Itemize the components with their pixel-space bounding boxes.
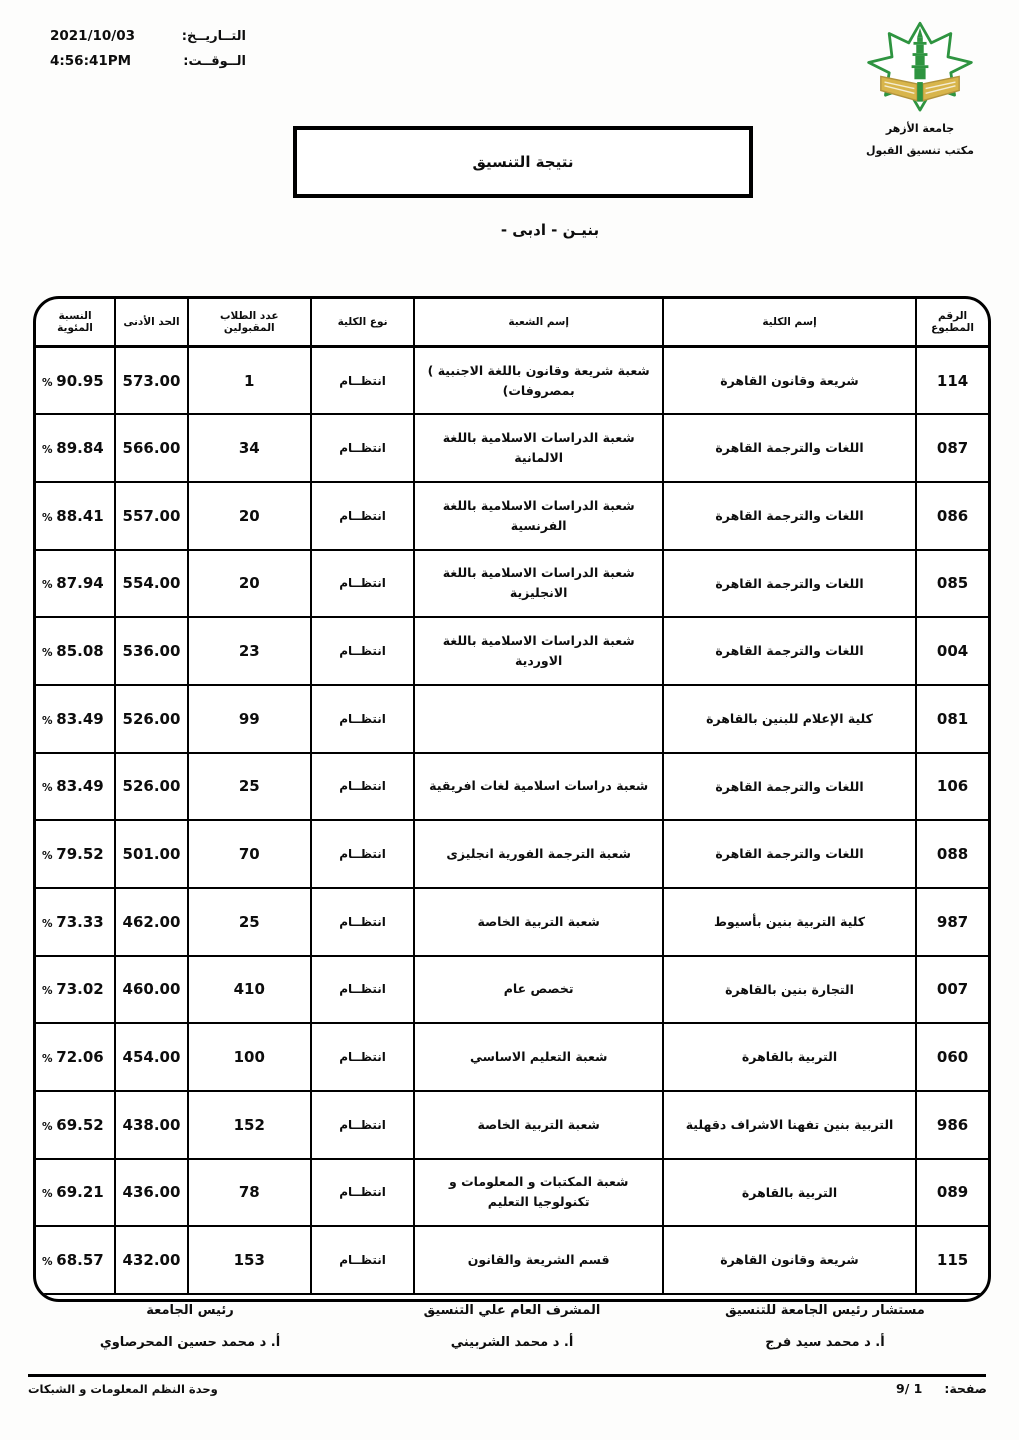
- cell-type: انتظــام: [311, 1226, 415, 1294]
- datetime-block: التــاريــخ: 2021/10/03 الــوقــت: 4:56:…: [50, 28, 246, 69]
- cell-pct: %87.94: [36, 550, 115, 618]
- cell-type: انتظــام: [311, 617, 415, 685]
- cell-pct: %72.06: [36, 1023, 115, 1091]
- cell-students: 410: [188, 956, 311, 1024]
- cell-min: 438.00: [115, 1091, 188, 1159]
- table-row: 060 التربية بالقاهرة شعبة التعليم الاساس…: [36, 1023, 988, 1091]
- cell-type: انتظــام: [311, 482, 415, 550]
- cell-type: انتظــام: [311, 685, 415, 753]
- cell-code: 987: [916, 888, 988, 956]
- cell-code: 088: [916, 820, 988, 888]
- university-name: جامعة الأزهر: [858, 122, 982, 135]
- cell-section: شعبة الدراسات الاسلامية باللغة الفرنسية: [414, 482, 662, 550]
- cell-college: كلية الإعلام للبنين بالقاهرة: [663, 685, 916, 753]
- table-row: 986 التربية بنين تفهنا الاشراف دقهلية شع…: [36, 1091, 988, 1159]
- percent-sign: %: [42, 1256, 53, 1268]
- cell-pct: %79.52: [36, 820, 115, 888]
- cell-min: 566.00: [115, 414, 188, 482]
- percent-sign: %: [42, 918, 53, 930]
- cell-students: 99: [188, 685, 311, 753]
- cell-college: اللغات والترجمة القاهرة: [663, 820, 916, 888]
- page-title-box: نتيجة التنسيق: [293, 126, 753, 198]
- percent-sign: %: [42, 1121, 53, 1133]
- cell-college: التربية بالقاهرة: [663, 1159, 916, 1227]
- cell-college: اللغات والترجمة القاهرة: [663, 617, 916, 685]
- cell-students: 1: [188, 347, 311, 415]
- page-title: نتيجة التنسيق: [473, 153, 574, 171]
- cell-pct: %83.49: [36, 753, 115, 821]
- cell-section: شعبة الترجمة الفورية انجليزى: [414, 820, 662, 888]
- cell-type: انتظــام: [311, 1159, 415, 1227]
- cell-min: 536.00: [115, 617, 188, 685]
- cell-code: 089: [916, 1159, 988, 1227]
- percent-sign: %: [42, 647, 53, 659]
- table-row: 114 شريعة وقانون القاهرة شعبة شريعة وقان…: [36, 347, 988, 415]
- percent-sign: %: [42, 1053, 53, 1065]
- cell-code: 004: [916, 617, 988, 685]
- cell-college: اللغات والترجمة القاهرة: [663, 550, 916, 618]
- page-label: صفحة:: [944, 1381, 987, 1396]
- cell-min: 454.00: [115, 1023, 188, 1091]
- cell-min: 573.00: [115, 347, 188, 415]
- cell-section: شعبة التربية الخاصة: [414, 888, 662, 956]
- footer-unit-label: وحدة النظم المعلومات و الشبكات: [28, 1382, 218, 1396]
- cell-college: اللغات والترجمة القاهرة: [663, 753, 916, 821]
- cell-students: 152: [188, 1091, 311, 1159]
- percent-sign: %: [42, 783, 53, 795]
- cell-college: اللغات والترجمة القاهرة: [663, 414, 916, 482]
- time-row: الــوقــت: 4:56:41PM: [50, 53, 246, 69]
- cell-code: 085: [916, 550, 988, 618]
- cell-min: 554.00: [115, 550, 188, 618]
- cell-pct: %89.84: [36, 414, 115, 482]
- percent-sign: %: [42, 715, 53, 727]
- date-row: التــاريــخ: 2021/10/03: [50, 28, 246, 44]
- cell-students: 25: [188, 888, 311, 956]
- table-row: 115 شريعة وقانون القاهرة قسم الشريعة وال…: [36, 1226, 988, 1294]
- cell-college: شريعة وقانون القاهرة: [663, 1226, 916, 1294]
- percent-sign: %: [42, 580, 53, 592]
- cell-min: 460.00: [115, 956, 188, 1024]
- cell-min: 501.00: [115, 820, 188, 888]
- results-table-wrap: الرقم المطبوع إسم الكلية إسم الشعبة نوع …: [33, 296, 991, 1302]
- cell-section: قسم الشريعة والقانون: [414, 1226, 662, 1294]
- cell-students: 78: [188, 1159, 311, 1227]
- cell-students: 34: [188, 414, 311, 482]
- cell-college: التربية بالقاهرة: [663, 1023, 916, 1091]
- cell-section: [414, 685, 662, 753]
- table-row: 086 اللغات والترجمة القاهرة شعبة الدراسا…: [36, 482, 988, 550]
- page-number: صفحة: 9/ 1: [896, 1381, 987, 1396]
- table-row: 004 اللغات والترجمة القاهرة شعبة الدراسا…: [36, 617, 988, 685]
- cell-section: شعبة شريعة وقانون باللغة الاجنبية ) بمصر…: [414, 347, 662, 415]
- percent-sign: %: [42, 512, 53, 524]
- cell-code: 081: [916, 685, 988, 753]
- percent-sign: %: [42, 377, 53, 389]
- column-header-section: إسم الشعبة: [414, 299, 662, 347]
- percent-sign: %: [42, 986, 53, 998]
- percent-sign: %: [42, 444, 53, 456]
- cell-college: شريعة وقانون القاهرة: [663, 347, 916, 415]
- cell-students: 20: [188, 482, 311, 550]
- cell-section: شعبة المكتبات و المعلومات و تكنولوجيا ال…: [414, 1159, 662, 1227]
- signature-name: أ. د محمد سيد فرج: [712, 1335, 938, 1350]
- signature-advisor: مستشار رئيس الجامعة للتنسيق أ. د محمد سي…: [712, 1303, 938, 1350]
- cell-section: شعبة التعليم الاساسي: [414, 1023, 662, 1091]
- cell-code: 060: [916, 1023, 988, 1091]
- column-header-code: الرقم المطبوع: [916, 299, 988, 347]
- cell-type: انتظــام: [311, 753, 415, 821]
- signature-president: رئيس الجامعة أ. د محمد حسين المحرصاوي: [78, 1303, 302, 1350]
- cell-students: 25: [188, 753, 311, 821]
- signature-name: أ. د محمد حسين المحرصاوي: [78, 1335, 302, 1350]
- signature-role: رئيس الجامعة: [78, 1303, 302, 1318]
- cell-section: شعبة الدراسات الاسلامية باللغة الانجليزي…: [414, 550, 662, 618]
- cell-pct: %69.52: [36, 1091, 115, 1159]
- cell-min: 462.00: [115, 888, 188, 956]
- cell-code: 986: [916, 1091, 988, 1159]
- cell-college: التجارة بنين بالقاهرة: [663, 956, 916, 1024]
- table-row: 088 اللغات والترجمة القاهرة شعبة الترجمة…: [36, 820, 988, 888]
- cell-students: 153: [188, 1226, 311, 1294]
- cell-type: انتظــام: [311, 956, 415, 1024]
- cell-college: اللغات والترجمة القاهرة: [663, 482, 916, 550]
- cell-min: 432.00: [115, 1226, 188, 1294]
- table-header-row: الرقم المطبوع إسم الكلية إسم الشعبة نوع …: [36, 299, 988, 347]
- table-row: 081 كلية الإعلام للبنين بالقاهرة انتظــا…: [36, 685, 988, 753]
- cell-pct: %88.41: [36, 482, 115, 550]
- cell-students: 100: [188, 1023, 311, 1091]
- signature-role: المشرف العام علي التنسيق: [403, 1303, 621, 1318]
- footer-divider: [28, 1374, 986, 1377]
- cell-code: 086: [916, 482, 988, 550]
- cell-pct: %68.57: [36, 1226, 115, 1294]
- date-label: التــاريــخ:: [182, 29, 246, 44]
- percent-sign: %: [42, 850, 53, 862]
- cell-code: 007: [916, 956, 988, 1024]
- cell-type: انتظــام: [311, 550, 415, 618]
- cell-code: 087: [916, 414, 988, 482]
- table-row: 089 التربية بالقاهرة شعبة المكتبات و الم…: [36, 1159, 988, 1227]
- cell-section: شعبة دراسات اسلامية لغات افريقية: [414, 753, 662, 821]
- cell-min: 557.00: [115, 482, 188, 550]
- cell-pct: %73.33: [36, 888, 115, 956]
- results-table: الرقم المطبوع إسم الكلية إسم الشعبة نوع …: [36, 299, 988, 1299]
- cell-students: 70: [188, 820, 311, 888]
- signature-supervisor: المشرف العام علي التنسيق أ. د محمد الشرب…: [403, 1303, 621, 1350]
- cell-min: 526.00: [115, 685, 188, 753]
- cell-type: انتظــام: [311, 414, 415, 482]
- signature-role: مستشار رئيس الجامعة للتنسيق: [712, 1303, 938, 1318]
- table-row: 087 اللغات والترجمة القاهرة شعبة الدراسا…: [36, 414, 988, 482]
- time-value: 4:56:41PM: [50, 53, 131, 69]
- cell-pct: %90.95: [36, 347, 115, 415]
- cell-code: 114: [916, 347, 988, 415]
- signature-name: أ. د محمد الشربيني: [403, 1335, 621, 1350]
- cell-college: التربية بنين تفهنا الاشراف دقهلية: [663, 1091, 916, 1159]
- cell-pct: %73.02: [36, 956, 115, 1024]
- column-header-college: إسم الكلية: [663, 299, 916, 347]
- university-header: جامعة الأزهر مكتب تنسيق القبول: [858, 20, 982, 157]
- cell-section: شعبة الدراسات الاسلامية باللغة الالمانية: [414, 414, 662, 482]
- cell-type: انتظــام: [311, 347, 415, 415]
- table-row: 007 التجارة بنين بالقاهرة تخصص عام انتظـ…: [36, 956, 988, 1024]
- cell-college: كلية التربية بنين بأسيوط: [663, 888, 916, 956]
- date-value: 2021/10/03: [50, 28, 135, 44]
- cell-students: 23: [188, 617, 311, 685]
- cell-type: انتظــام: [311, 1023, 415, 1091]
- table-row: 085 اللغات والترجمة القاهرة شعبة الدراسا…: [36, 550, 988, 618]
- cell-students: 20: [188, 550, 311, 618]
- time-label: الــوقــت:: [183, 54, 246, 69]
- cell-section: تخصص عام: [414, 956, 662, 1024]
- section-subtitle: بنيـن - ادبى -: [110, 221, 990, 239]
- cell-code: 115: [916, 1226, 988, 1294]
- page-value: 9/ 1: [896, 1381, 922, 1396]
- cell-section: شعبة الدراسات الاسلامية باللغة الاوردية: [414, 617, 662, 685]
- table-row: 106 اللغات والترجمة القاهرة شعبة دراسات …: [36, 753, 988, 821]
- percent-sign: %: [42, 1189, 53, 1201]
- column-header-type: نوع الكلية: [311, 299, 415, 347]
- azhar-emblem-icon: [864, 20, 976, 118]
- column-header-pct: النسبة المئوية: [36, 299, 115, 347]
- cell-min: 436.00: [115, 1159, 188, 1227]
- table-footer-strip: [36, 1294, 988, 1299]
- cell-pct: %85.08: [36, 617, 115, 685]
- cell-min: 526.00: [115, 753, 188, 821]
- office-name: مكتب تنسيق القبول: [858, 144, 982, 157]
- cell-section: شعبة التربية الخاصة: [414, 1091, 662, 1159]
- cell-pct: %83.49: [36, 685, 115, 753]
- cell-type: انتظــام: [311, 888, 415, 956]
- column-header-min: الحد الأدنى: [115, 299, 188, 347]
- cell-pct: %69.21: [36, 1159, 115, 1227]
- cell-type: انتظــام: [311, 1091, 415, 1159]
- cell-type: انتظــام: [311, 820, 415, 888]
- cell-code: 106: [916, 753, 988, 821]
- column-header-students: عدد الطلاب المقبولين: [188, 299, 311, 347]
- table-row: 987 كلية التربية بنين بأسيوط شعبة التربي…: [36, 888, 988, 956]
